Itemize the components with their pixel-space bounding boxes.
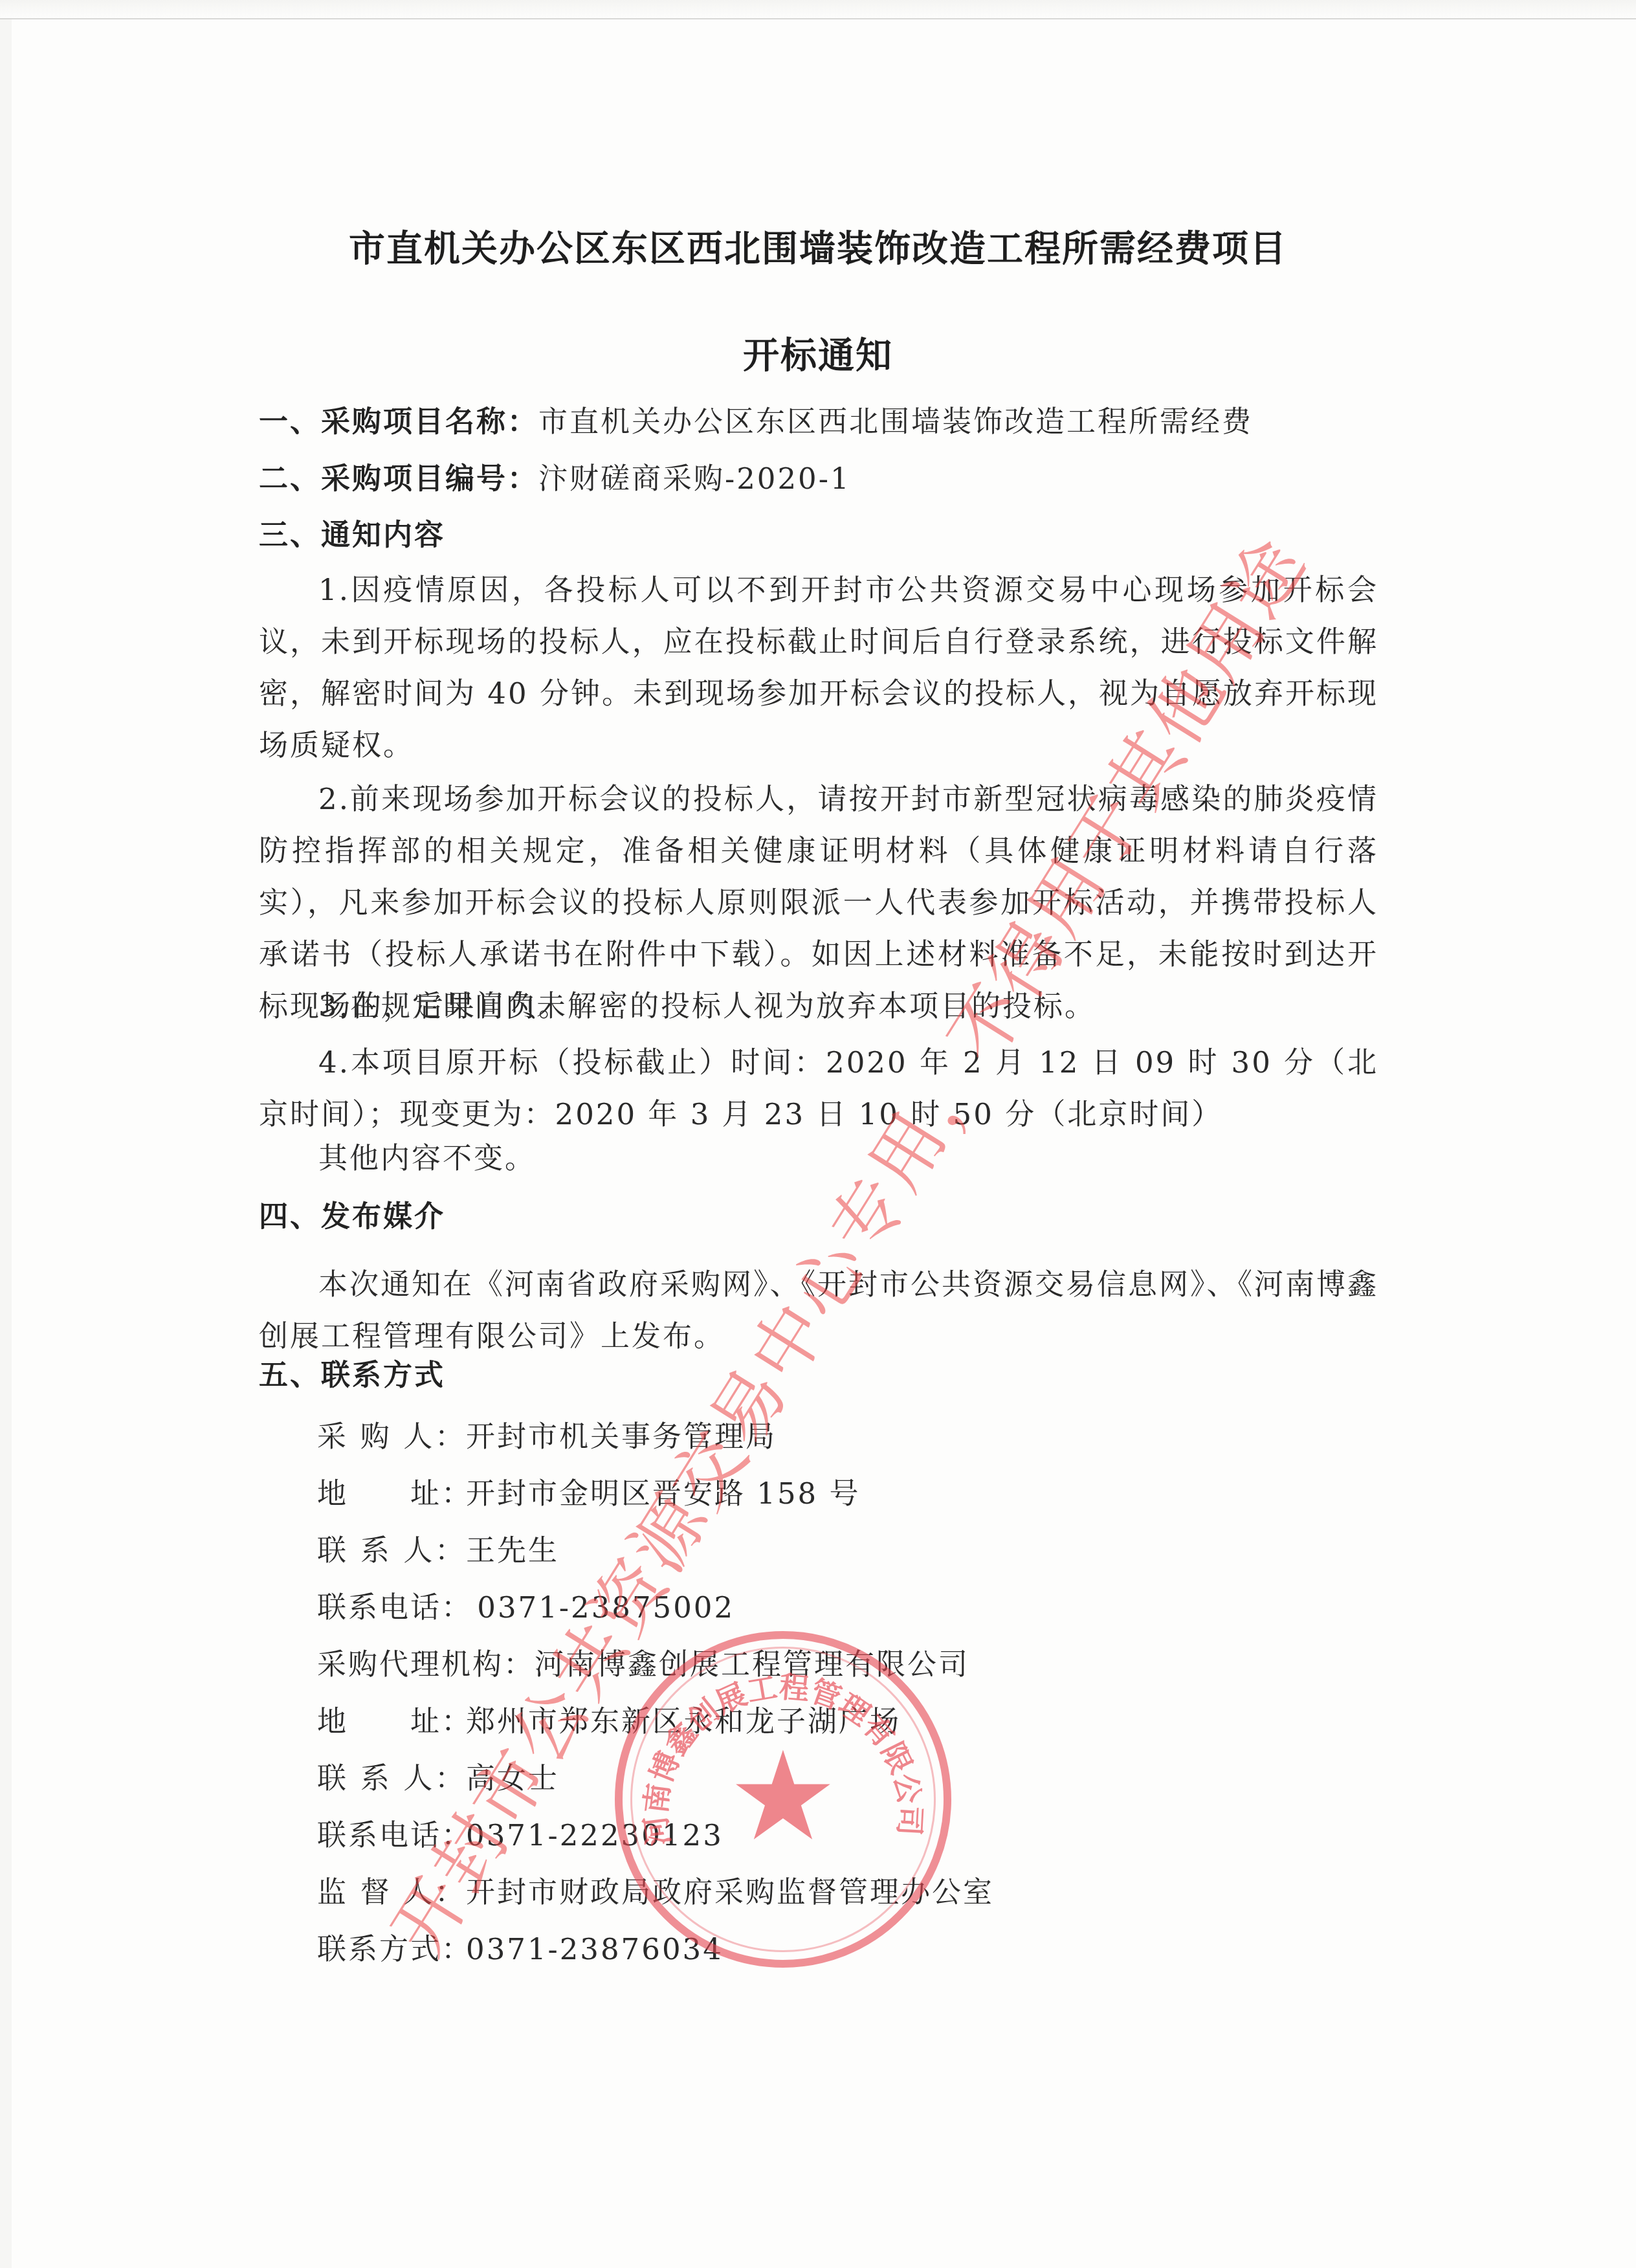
contact-purchaser: 采 购 人：开封市机关事务管理局 bbox=[317, 1411, 777, 1463]
contact-supervisor-phone: 联系方式：0371-23876034 bbox=[317, 1924, 724, 1975]
section-heading-notice-content: 三、通知内容 bbox=[259, 509, 445, 561]
notice-note: 其他内容不变。 bbox=[318, 1133, 536, 1184]
project-number-value: 汴财磋商采购-2020-1 bbox=[538, 461, 851, 496]
contact-purchaser-phone: 联系电话： 0371-23875002 bbox=[317, 1582, 735, 1634]
notice-item-3: 3.在规定时间内未解密的投标人视为放弃本项目的投标。 bbox=[259, 981, 1378, 1032]
section-project-number: 二、采购项目编号：汴财磋商采购-2020-1 bbox=[259, 453, 851, 505]
contact-purchaser-person: 联 系 人：王先生 bbox=[317, 1525, 559, 1577]
star-icon: ★ bbox=[728, 1735, 838, 1858]
contact-agency-address: 地 址：郑州市郑东新区永和龙子湖广场 bbox=[317, 1696, 901, 1748]
section-heading-contact: 五、联系方式 bbox=[259, 1350, 445, 1401]
notice-item-4: 4.本项目原开标（投标截止）时间：2020 年 2 月 12 日 09 时 30… bbox=[259, 1037, 1378, 1140]
contact-supervisor: 监 督 人：开封市财政局政府采购监督管理办公室 bbox=[317, 1867, 994, 1918]
section-heading: 二、采购项目编号： bbox=[259, 461, 538, 496]
section-project-name: 一、采购项目名称：市直机关办公区东区西北围墙装饰改造工程所需经费 bbox=[259, 396, 1253, 448]
document-subtitle: 开标通知 bbox=[0, 327, 1636, 379]
document-page: 市直机关办公区东区西北围墙装饰改造工程所需经费项目 开标通知 一、采购项目名称：… bbox=[0, 0, 1636, 2268]
document-title: 市直机关办公区东区西北围墙装饰改造工程所需经费项目 bbox=[0, 220, 1636, 272]
contact-agency-phone: 联系电话：0371-22230123 bbox=[317, 1810, 724, 1862]
notice-item-1: 1.因疫情原因，各投标人可以不到开封市公共资源交易中心现场参加开标会议，未到开标… bbox=[259, 564, 1378, 772]
media-body: 本次通知在《河南省政府采购网》、《开封市公共资源交易信息网》、《河南博鑫创展工程… bbox=[259, 1259, 1378, 1362]
section-heading-media: 四、发布媒介 bbox=[259, 1191, 445, 1243]
contact-agency-person: 联 系 人：高女士 bbox=[317, 1753, 559, 1805]
section-heading: 一、采购项目名称： bbox=[259, 405, 538, 439]
contact-agency: 采购代理机构：河南博鑫创展工程管理有限公司 bbox=[317, 1639, 969, 1691]
contact-purchaser-address: 地 址：开封市金明区晋安路 158 号 bbox=[317, 1468, 861, 1520]
project-name-value: 市直机关办公区东区西北围墙装饰改造工程所需经费 bbox=[538, 405, 1253, 439]
